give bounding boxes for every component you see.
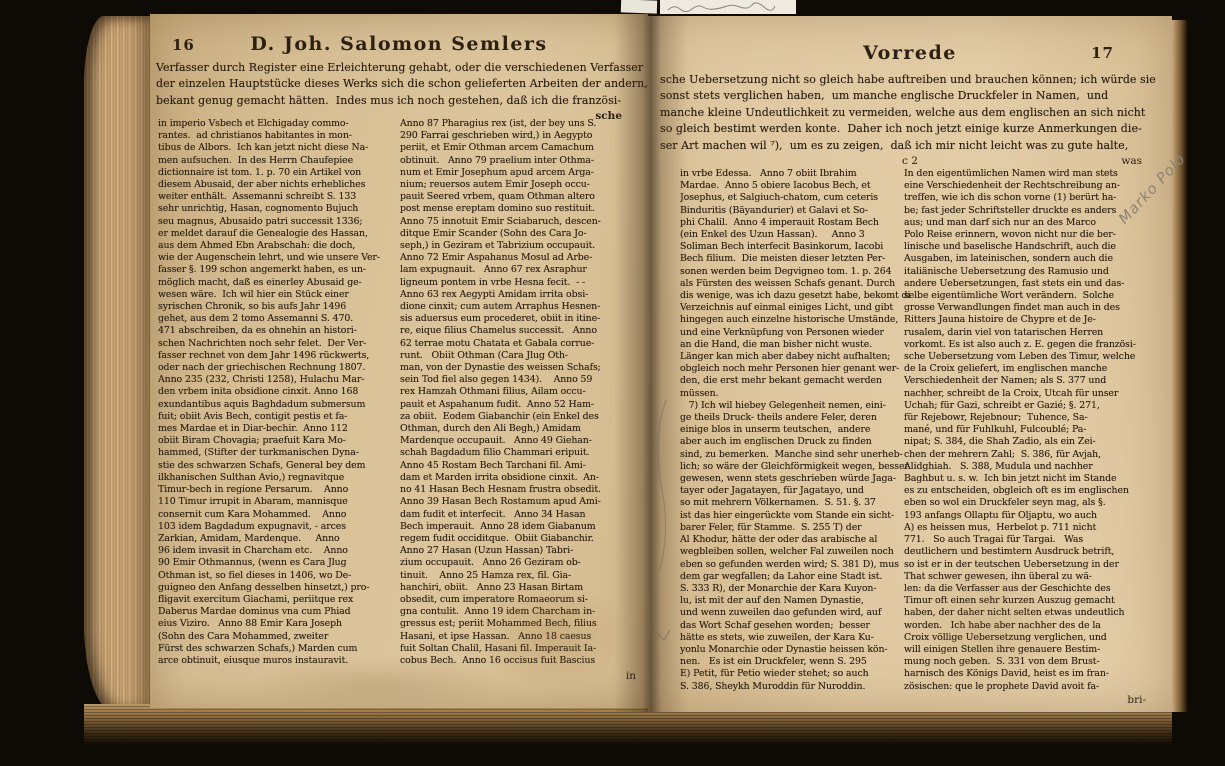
catchword-was: was	[1121, 155, 1142, 167]
catchword-in: in	[626, 670, 636, 682]
signature-mark: c 2	[648, 155, 1172, 167]
intro-paragraph-right: sche Uebersetzung nicht so gleich habe a…	[660, 72, 1162, 154]
left-page: 16 D. Joh. Salomon Semlers Verfasser dur…	[150, 14, 648, 708]
running-title-left: D. Joh. Salomon Semlers	[150, 33, 648, 55]
book-fore-edge	[84, 16, 152, 712]
right-page: Vorrede 17 sche Uebersetzung nicht so gl…	[648, 16, 1172, 712]
handwriting-scribble-icon	[660, 1, 796, 15]
bookmark-slip	[621, 0, 657, 14]
intro-paragraph-left: Verfasser durch Register eine Erleichter…	[156, 60, 644, 109]
bookmark-slip	[660, 0, 796, 14]
left-column-1: in imperio Vsbech et Elchigaday commo- r…	[158, 118, 398, 678]
page-number-right: 17	[1091, 44, 1114, 62]
catchword-bri: bri-	[1127, 694, 1146, 706]
left-column-2: Anno 87 Pharagius rex (ist, der bey uns …	[400, 118, 644, 678]
right-column-1: in vrbe Edessa. Anno 7 obiit Ibrahim Mar…	[680, 168, 910, 696]
right-column-2: In den eigentümlichen Namen wird man ste…	[904, 168, 1156, 696]
book-photo: { "left_page": { "page_number": "16", "r…	[0, 0, 1225, 766]
book-cover-edge	[1172, 20, 1187, 712]
